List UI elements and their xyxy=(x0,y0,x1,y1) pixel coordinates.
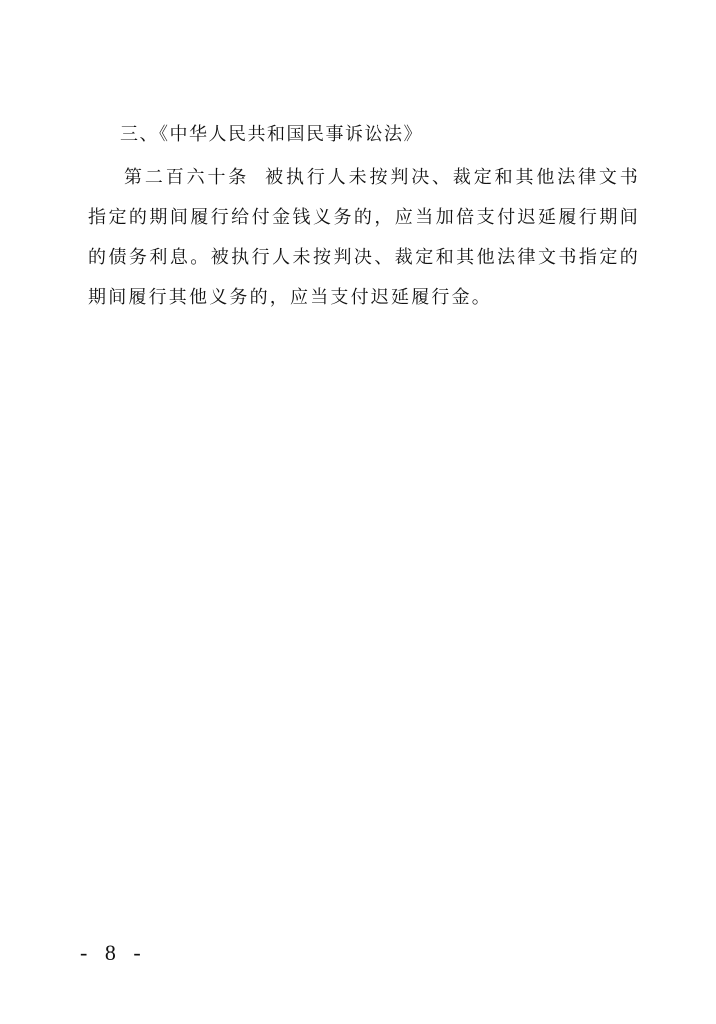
article-number: 第二百六十条 xyxy=(124,167,249,188)
page-number: - 8 - xyxy=(80,940,147,966)
document-page: 三、《中华人民共和国民事诉讼法》 第二百六十条被执行人未按判决、裁定和其他法律文… xyxy=(0,0,716,1024)
article-paragraph: 第二百六十条被执行人未按判决、裁定和其他法律文书指定的期间履行给付金钱义务的，应… xyxy=(88,158,640,318)
article-text: 被执行人未按判决、裁定和其他法律文书指定的期间履行给付金钱义务的，应当加倍支付迟… xyxy=(88,167,640,308)
section-heading: 三、《中华人民共和国民事诉讼法》 xyxy=(120,120,423,146)
